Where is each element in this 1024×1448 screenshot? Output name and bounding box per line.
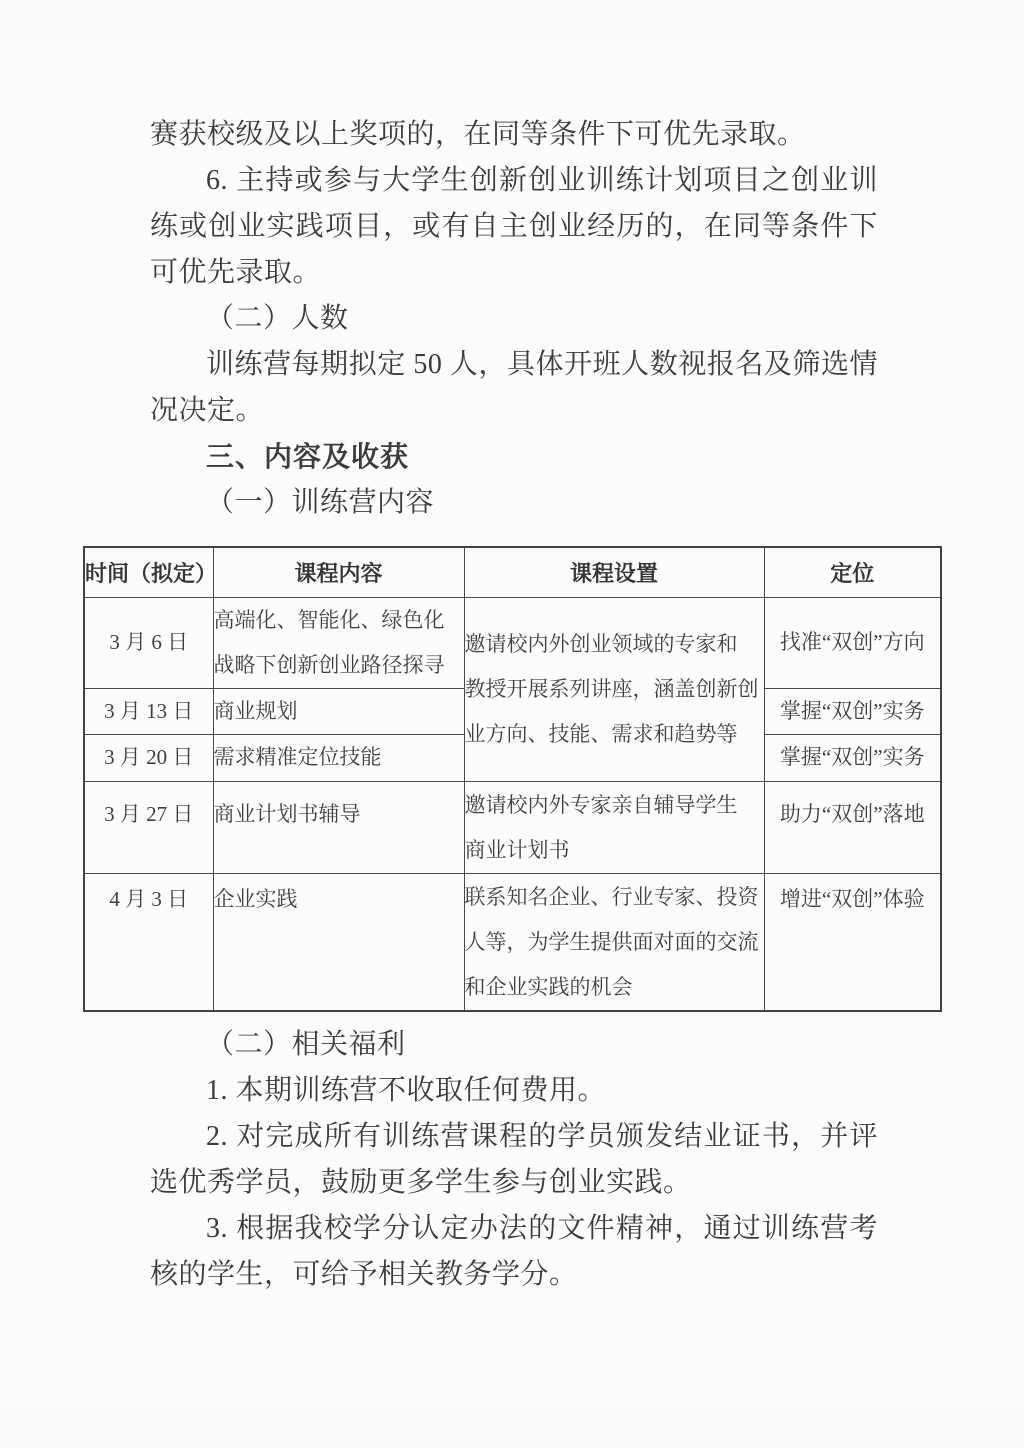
subheading-camp-content: （一）训练营内容 — [150, 480, 878, 526]
cell-text-line: 业方向、技能、需求和趋势等 — [465, 712, 764, 757]
col-header-course-setup: 课程设置 — [464, 547, 764, 597]
col-header-position: 定位 — [764, 547, 941, 597]
cell-text-line: 和企业实践的机会 — [465, 965, 764, 1010]
cell-course-setup: 联系知名企业、行业专家、投资 人等，为学生提供面对面的交流 和企业实践的机会 — [464, 873, 764, 1011]
cell-position: 掌握“双创”实务 — [764, 734, 941, 781]
paragraph-headcount-detail: 训练营每期拟定 50 人，具体开班人数视报名及筛选情况决定。 — [150, 342, 878, 434]
col-header-course-content: 课程内容 — [213, 547, 464, 597]
table-header-row: 时间（拟定） 课程内容 课程设置 定位 — [84, 547, 941, 597]
table-row-apr-3: 4 月 3 日 企业实践 联系知名企业、行业专家、投资 人等，为学生提供面对面的… — [84, 873, 941, 1011]
cell-time: 3 月 13 日 — [84, 688, 213, 734]
cell-position: 掌握“双创”实务 — [764, 688, 941, 734]
cell-position: 增进“双创”体验 — [764, 873, 941, 1011]
cell-course-content: 商业计划书辅导 — [213, 781, 464, 873]
paragraph-benefit-1: 1. 本期训练营不收取任何费用。 — [150, 1068, 878, 1114]
col-header-time: 时间（拟定） — [84, 547, 213, 597]
training-schedule-table: 时间（拟定） 课程内容 课程设置 定位 3 月 6 日 高端化、智能化、绿色化 … — [83, 546, 942, 1012]
cell-course-content: 高端化、智能化、绿色化 战略下创新创业路径探寻 — [213, 597, 464, 688]
cell-text-line: 战略下创新创业路径探寻 — [214, 643, 464, 688]
cell-time: 3 月 20 日 — [84, 734, 213, 781]
subheading-benefits: （二）相关福利 — [150, 1022, 878, 1068]
cell-text-line: 教授开展系列讲座，涵盖创新创 — [465, 667, 764, 712]
section-heading-content-and-gains: 三、内容及收获 — [150, 434, 878, 480]
cell-text-line: 邀请校内外专家亲自辅导学生 — [465, 783, 764, 828]
paragraph-continuation: 赛获校级及以上奖项的，在同等条件下可优先录取。 — [150, 112, 878, 158]
cell-position: 找准“双创”方向 — [764, 597, 941, 688]
cell-text-line: 人等，为学生提供面对面的交流 — [465, 920, 764, 965]
cell-text-line: 联系知名企业、行业专家、投资 — [465, 875, 764, 920]
subheading-headcount: （二）人数 — [150, 296, 878, 342]
cell-position: 助力“双创”落地 — [764, 781, 941, 873]
cell-course-content: 商业规划 — [213, 688, 464, 734]
cell-time: 4 月 3 日 — [84, 873, 213, 1011]
cell-text-line: 高端化、智能化、绿色化 — [214, 598, 464, 643]
cell-time: 3 月 27 日 — [84, 781, 213, 873]
cell-course-content: 需求精准定位技能 — [213, 734, 464, 781]
table-row-mar-27: 3 月 27 日 商业计划书辅导 邀请校内外专家亲自辅导学生 商业计划书 助力“… — [84, 781, 941, 873]
paragraph-benefit-2: 2. 对完成所有训练营课程的学员颁发结业证书，并评选优秀学员，鼓励更多学生参与创… — [150, 1114, 878, 1206]
lower-text-block: （二）相关福利 1. 本期训练营不收取任何费用。 2. 对完成所有训练营课程的学… — [0, 1012, 1024, 1298]
cell-course-setup-merged: 邀请校内外创业领域的专家和 教授开展系列讲座，涵盖创新创 业方向、技能、需求和趋… — [464, 597, 764, 781]
cell-time: 3 月 6 日 — [84, 597, 213, 688]
table-row-mar-6: 3 月 6 日 高端化、智能化、绿色化 战略下创新创业路径探寻 邀请校内外创业领… — [84, 597, 941, 688]
cell-text-line: 邀请校内外创业领域的专家和 — [465, 622, 764, 667]
cell-text-line: 商业计划书 — [465, 828, 764, 873]
upper-text-block: 赛获校级及以上奖项的，在同等条件下可优先录取。 6. 主持或参与大学生创新创业训… — [0, 0, 1024, 526]
cell-course-content: 企业实践 — [213, 873, 464, 1011]
document-page: 赛获校级及以上奖项的，在同等条件下可优先录取。 6. 主持或参与大学生创新创业训… — [0, 0, 1024, 1448]
paragraph-item-6: 6. 主持或参与大学生创新创业训练计划项目之创业训练或创业实践项目，或有自主创业… — [150, 158, 878, 296]
cell-course-setup: 邀请校内外专家亲自辅导学生 商业计划书 — [464, 781, 764, 873]
paragraph-benefit-3: 3. 根据我校学分认定办法的文件精神，通过训练营考核的学生，可给予相关教务学分。 — [150, 1206, 878, 1298]
